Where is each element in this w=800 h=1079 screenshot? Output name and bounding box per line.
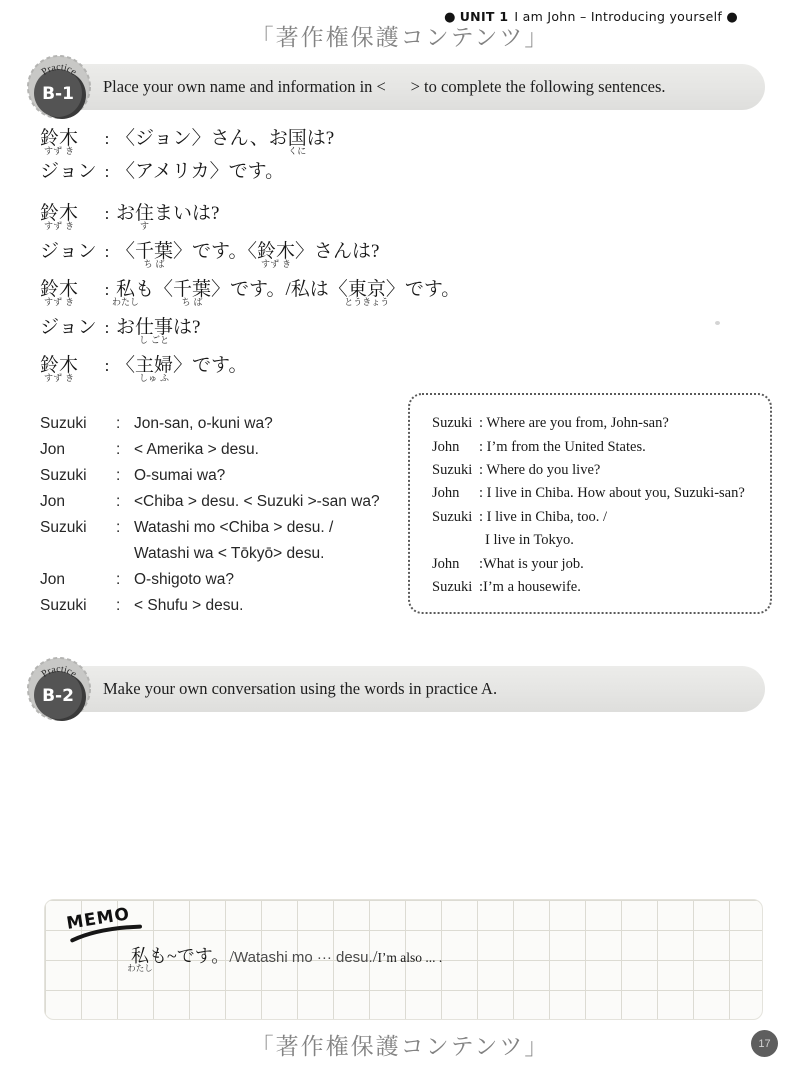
romaji-row: Suzuki : O-sumai wa? (40, 463, 380, 489)
dialogue-text: : Where are you from, John-san? (479, 415, 669, 432)
speaker-name: 鈴木すず き (40, 353, 98, 378)
practice-b2-bar: Make your own conversation using the wor… (57, 666, 765, 712)
speaker-name: Jon (40, 571, 116, 589)
english-row: Suzuki :I’m a housewife. (432, 576, 762, 599)
dialogue-row: ジョン : お仕事し ごとは? (40, 315, 200, 340)
speaker-name: Jon (40, 493, 116, 511)
dialogue-text: 〈アメリカ〉です。 (116, 159, 284, 184)
colon: : (116, 597, 134, 615)
speaker-name: Suzuki (432, 462, 479, 479)
colon: : (98, 239, 116, 264)
speaker-name: ジョン (40, 315, 98, 340)
speaker-name: Suzuki (432, 579, 479, 596)
badge-label: B-1 (42, 84, 74, 104)
speaker-name: Suzuki (40, 415, 116, 433)
unit-label: UNIT 1 (460, 9, 509, 24)
speaker-name: John (432, 556, 479, 573)
dialogue-text: 〈千葉ち ば〉です。〈鈴木すず き〉さんは? (116, 239, 379, 264)
dialogue-text: Jon-san, o-kuni wa? (134, 415, 273, 433)
dialogue-text: 〈ジョン〉さん、お国くには? (116, 126, 334, 151)
colon: : (98, 201, 116, 226)
colon: : (116, 571, 134, 589)
speaker-name: John (432, 485, 479, 502)
practice-b2-badge: Practice B-2 (25, 654, 93, 722)
dialogue-text: I live in Tokyo. (485, 532, 574, 549)
speaker-name: Suzuki (40, 519, 116, 537)
speaker-name: ジョン (40, 159, 98, 184)
romaji-row: Suzuki : Jon-san, o-kuni wa? (40, 411, 380, 437)
colon: : (116, 467, 134, 485)
english-translation-box: Suzuki : Where are you from, John-san? J… (408, 393, 772, 614)
colon: : (98, 159, 116, 184)
colon: : (116, 441, 134, 459)
romaji-row: Suzuki : < Shufu > desu. (40, 593, 380, 619)
dialogue-text: O-shigoto wa? (134, 571, 234, 589)
romaji-row-continuation: Watashi wa < Tōkyō> desu. (40, 541, 380, 567)
dialogue-text: < Amerika > desu. (134, 441, 259, 459)
english-row: Suzuki : Where are you from, John-san? (432, 412, 762, 435)
speaker-name: John (432, 439, 479, 456)
dialogue-row: ジョン : 〈アメリカ〉です。 (40, 159, 284, 184)
english-row: John : I’m from the United States. (432, 435, 762, 458)
memo-box: MEMO 私わたしも~です。/Watashi mo ··· desu./I’m … (44, 899, 763, 1020)
romaji-dialogue: Suzuki : Jon-san, o-kuni wa? Jon : < Ame… (40, 411, 380, 619)
speaker-name: Suzuki (40, 467, 116, 485)
memo-header: MEMO (65, 902, 145, 944)
romaji-row: Jon : <Chiba > desu. < Suzuki >-san wa? (40, 489, 380, 515)
english-row: Suzuki : Where do you live? (432, 459, 762, 482)
dialogue-text: : I’m from the United States. (479, 439, 646, 456)
dialogue-text: : Where do you live? (479, 462, 600, 479)
copyright-watermark-bottom: 「著作権保護コンテンツ」 (0, 1028, 800, 1061)
dialogue-row: 鈴木すず き : お住すまいは? (40, 201, 219, 226)
speaker-name: Suzuki (432, 415, 479, 432)
colon: : (116, 493, 134, 511)
speaker-name: Jon (40, 441, 116, 459)
colon: : (116, 519, 134, 537)
textbook-page: 「著作権保護コンテンツ」 ●UNIT 1I am John – Introduc… (0, 0, 800, 1079)
romaji-row: Jon : O-shigoto wa? (40, 567, 380, 593)
practice-b1-instruction: Place your own name and information in <… (103, 77, 666, 97)
dialogue-text: :I’m a housewife. (479, 579, 581, 596)
bullet-icon: ● (726, 10, 738, 25)
speaker-name: 鈴木すず き (40, 277, 98, 302)
dialogue-text: Watashi wa < Tōkyō> desu. (134, 545, 324, 563)
dialogue-text: お住すまいは? (116, 201, 219, 226)
speaker-name: ジョン (40, 239, 98, 264)
colon: : (98, 315, 116, 340)
memo-content: 私わたしも~です。/Watashi mo ··· desu./I’m also … (131, 942, 442, 968)
page-number-badge: 17 (751, 1030, 778, 1057)
dialogue-text: Watashi mo <Chiba > desu. / (134, 519, 333, 537)
practice-b1-badge: Practice B-1 (25, 52, 93, 120)
unit-header: ●UNIT 1I am John – Introducing yourself … (444, 9, 738, 25)
romaji-row: Jon : < Amerika > desu. (40, 437, 380, 463)
dialogue-text: O-sumai wa? (134, 467, 225, 485)
colon: : (98, 353, 116, 378)
dialogue-text: お仕事し ごとは? (116, 315, 200, 340)
english-row-continuation: I live in Tokyo. (432, 529, 762, 552)
dialogue-text: 私わたしも〈千葉ち ば〉です。/私は〈東京とうきょう〉です。 (116, 277, 460, 302)
dialogue-row: 鈴木すず き : 私わたしも〈千葉ち ば〉です。/私は〈東京とうきょう〉です。 (40, 277, 460, 302)
dialogue-text: : I live in Chiba, too. / (479, 509, 607, 526)
dialogue-row: ジョン : 〈千葉ち ば〉です。〈鈴木すず き〉さんは? (40, 239, 379, 264)
dialogue-text: :What is your job. (479, 556, 584, 573)
dialogue-row: 鈴木すず き : 〈ジョン〉さん、お国くには? (40, 126, 334, 151)
speaker-name: 鈴木すず き (40, 201, 98, 226)
practice-b2-instruction: Make your own conversation using the wor… (103, 679, 497, 699)
bullet-icon: ● (444, 10, 456, 25)
colon: : (116, 415, 134, 433)
speaker-name: 鈴木すず き (40, 126, 98, 151)
romaji-row: Suzuki : Watashi mo <Chiba > desu. / (40, 515, 380, 541)
badge-label: B-2 (42, 686, 74, 706)
unit-title: I am John – Introducing yourself (514, 9, 722, 24)
scan-artifact-dot (715, 321, 720, 325)
english-row: John : I live in Chiba. How about you, S… (432, 482, 762, 505)
english-row: John :What is your job. (432, 552, 762, 575)
dialogue-text: < Shufu > desu. (134, 597, 243, 615)
dialogue-row: 鈴木すず き : 〈主婦しゅ ふ〉です。 (40, 353, 248, 378)
dialogue-text: 〈主婦しゅ ふ〉です。 (116, 353, 248, 378)
dialogue-text: <Chiba > desu. < Suzuki >-san wa? (134, 493, 380, 511)
speaker-name: Suzuki (40, 597, 116, 615)
practice-b1-bar: Place your own name and information in <… (57, 64, 765, 110)
colon: : (98, 126, 116, 151)
speaker-name: Suzuki (432, 509, 479, 526)
english-row: Suzuki : I live in Chiba, too. / (432, 506, 762, 529)
dialogue-text: : I live in Chiba. How about you, Suzuki… (479, 485, 745, 502)
